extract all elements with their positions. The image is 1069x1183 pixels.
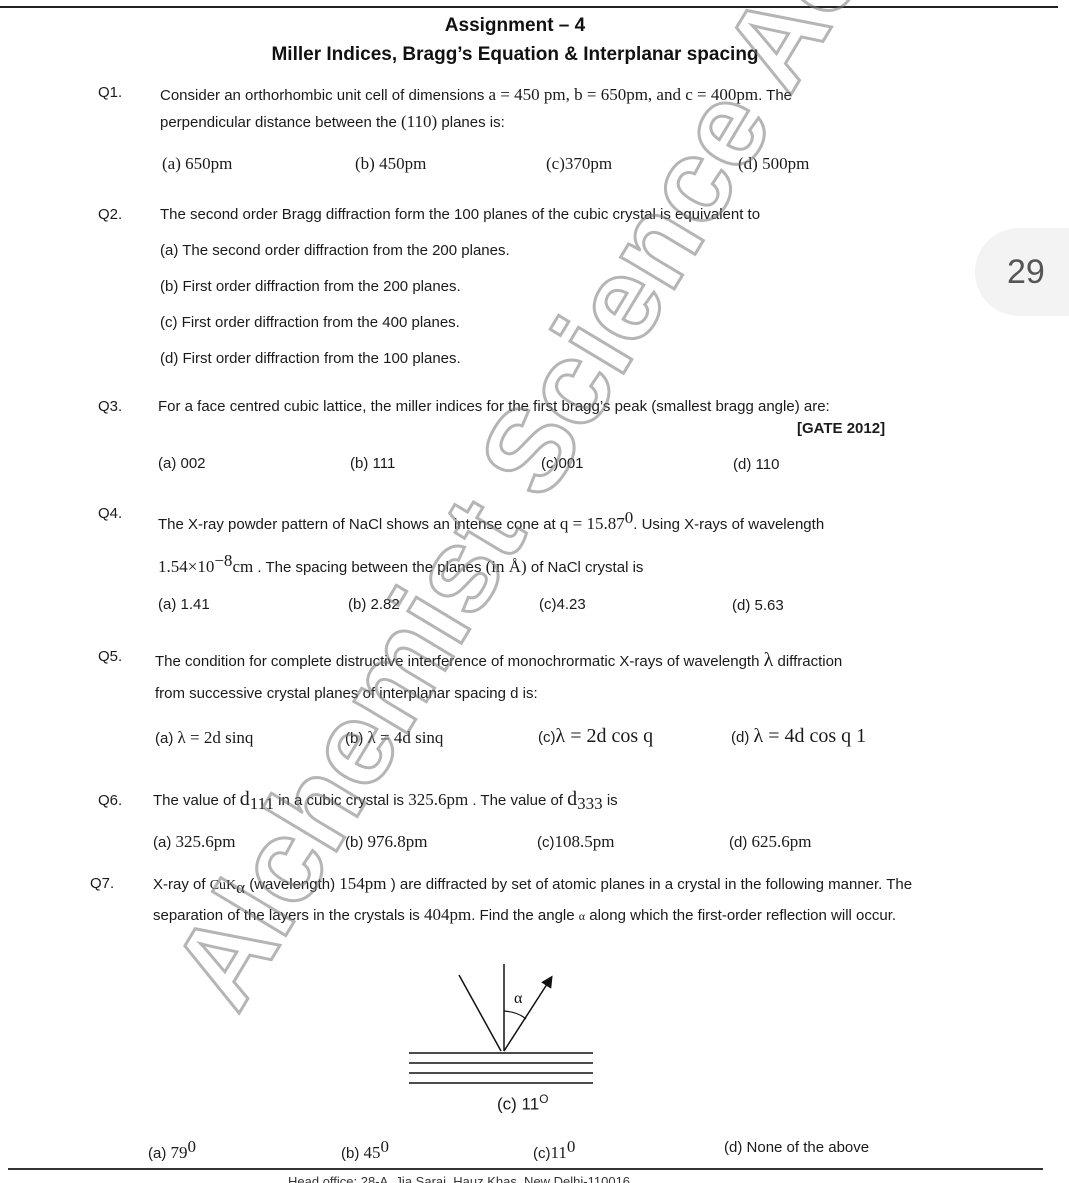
- question-text: The condition for complete distructive i…: [155, 644, 925, 710]
- option-d: (d) 625.6pm: [729, 832, 812, 852]
- question-number: Q4.: [98, 505, 122, 522]
- option-c: (c)110: [533, 1137, 575, 1163]
- svg-text:α: α: [514, 990, 523, 1007]
- bottom-rule: [8, 1168, 1043, 1170]
- option-c: (c)001: [541, 455, 584, 472]
- question-text: The second order Bragg diffraction form …: [160, 202, 930, 228]
- option-d: (d) 5.63: [732, 597, 784, 614]
- option-b: (b) 111: [350, 455, 395, 472]
- question-text: The value of d111 in a cubic crystal is …: [153, 786, 923, 817]
- question-number: Q3.: [98, 398, 122, 415]
- question-text: X-ray of CuKα (wavelength) 154pm ) are d…: [153, 870, 923, 930]
- option-c: (c)370pm: [546, 154, 612, 174]
- question-number: Q7.: [90, 875, 114, 892]
- question-number: Q6.: [98, 792, 122, 809]
- option-c: (c)108.5pm: [537, 832, 614, 852]
- assignment-subtitle: Miller Indices, Bragg’s Equation & Inter…: [0, 44, 1030, 66]
- option-d: (d) First order diffraction from the 100…: [160, 350, 461, 367]
- option-d: (d) None of the above: [724, 1139, 869, 1156]
- option-a: (a) 002: [158, 455, 206, 472]
- option-d: (d) λ = 4d cos q 1: [731, 725, 866, 748]
- option-d: (d) 500pm: [738, 154, 809, 174]
- question-number: Q1.: [98, 84, 122, 101]
- option-b: (b) 450: [341, 1137, 389, 1163]
- question-text: The X-ray powder pattern of NaCl shows a…: [158, 500, 928, 586]
- option-a: (a) The second order diffraction from th…: [160, 242, 510, 259]
- question-number: Q5.: [98, 648, 122, 665]
- option-b: (b) First order diffraction from the 200…: [160, 278, 461, 295]
- option-a: (a) λ = 2d sinq: [155, 728, 253, 748]
- exam-tag: [GATE 2012]: [797, 420, 885, 437]
- option-c: (c)4.23: [539, 596, 586, 613]
- option-b: (b) 2.82: [348, 596, 400, 613]
- question-text: For a face centred cubic lattice, the mi…: [158, 394, 938, 420]
- question-text: Consider an orthorhombic unit cell of di…: [160, 82, 930, 136]
- page-number: 29: [1007, 253, 1045, 292]
- question-number: Q2.: [98, 206, 122, 223]
- option-c: (c)λ = 2d cos q: [538, 725, 653, 748]
- option-a: (a) 1.41: [158, 596, 210, 613]
- bragg-reflection-diagram: α: [400, 958, 600, 1095]
- assignment-title: Assignment – 4: [0, 15, 1030, 37]
- option-a: (a) 790: [148, 1137, 196, 1163]
- footer-address: Head office: 28-A, Jia Sarai, Hauz Khas,…: [288, 1174, 630, 1183]
- option-b: (b) 450pm: [355, 154, 426, 174]
- option-d: (d) 110: [733, 456, 779, 473]
- option-b: (b) λ = 4d sinq: [345, 728, 443, 748]
- option-a: (a) 650pm: [162, 154, 232, 174]
- option-b: (b) 976.8pm: [345, 832, 428, 852]
- option-a: (a) 325.6pm: [153, 832, 236, 852]
- top-rule: [0, 6, 1058, 8]
- option-c: (c) First order diffraction from the 400…: [160, 314, 460, 331]
- page-number-badge: 29: [975, 228, 1069, 316]
- diagram-caption: (c) 11O: [497, 1092, 548, 1115]
